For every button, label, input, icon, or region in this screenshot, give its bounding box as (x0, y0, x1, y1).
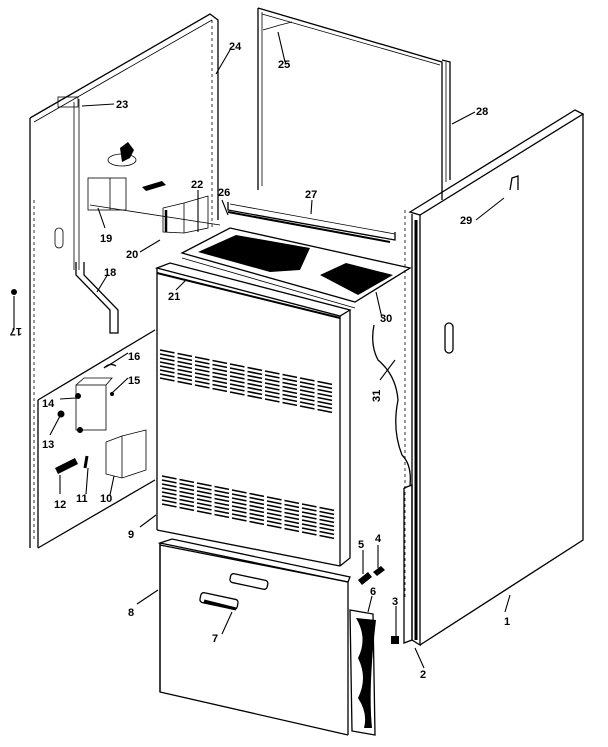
label-11: 11 (76, 493, 88, 505)
lower-door (160, 539, 350, 735)
label-16: 16 (128, 351, 140, 363)
label-20: 20 (126, 249, 138, 261)
label-24: 24 (229, 41, 242, 53)
right-side-panel (405, 110, 583, 645)
label-13: 13 (42, 439, 54, 451)
latch (510, 176, 518, 190)
label-4: 4 (375, 533, 382, 545)
part-labels: 1 2 3 4 5 6 7 8 9 10 11 12 13 14 15 16 1… (10, 41, 510, 681)
label-21: 21 (168, 291, 180, 303)
label-29: 29 (460, 215, 472, 227)
label-15: 15 (128, 375, 140, 387)
label-5: 5 (358, 539, 364, 551)
rear-corner-post (442, 60, 450, 182)
label-7: 7 (212, 633, 218, 645)
label-1: 1 (504, 616, 510, 628)
back-panel (258, 8, 442, 200)
label-22: 22 (191, 179, 203, 191)
label-25: 25 (278, 59, 290, 71)
filter (350, 610, 376, 735)
label-26: 26 (218, 187, 230, 199)
label-3: 3 (392, 596, 398, 608)
label-10: 10 (100, 493, 112, 505)
label-19: 19 (100, 233, 112, 245)
label-12: 12 (54, 499, 66, 511)
label-18: 18 (104, 267, 116, 279)
label-17: 17 (10, 325, 22, 337)
label-27: 27 (305, 189, 317, 201)
lower-grille (162, 476, 334, 538)
label-9: 9 (128, 529, 134, 541)
label-28: 28 (476, 106, 488, 118)
label-8: 8 (128, 607, 134, 619)
exploded-parts-diagram: 1 2 3 4 5 6 7 8 9 10 11 12 13 14 15 16 1… (0, 0, 608, 747)
label-31: 31 (371, 390, 383, 402)
screw-17 (11, 289, 17, 295)
upper-grille (160, 350, 332, 412)
label-23: 23 (116, 99, 128, 111)
label-30: 30 (380, 313, 392, 325)
upper-front-panel (157, 263, 350, 566)
label-6: 6 (370, 586, 376, 598)
label-14: 14 (42, 398, 55, 410)
label-2: 2 (420, 669, 426, 681)
